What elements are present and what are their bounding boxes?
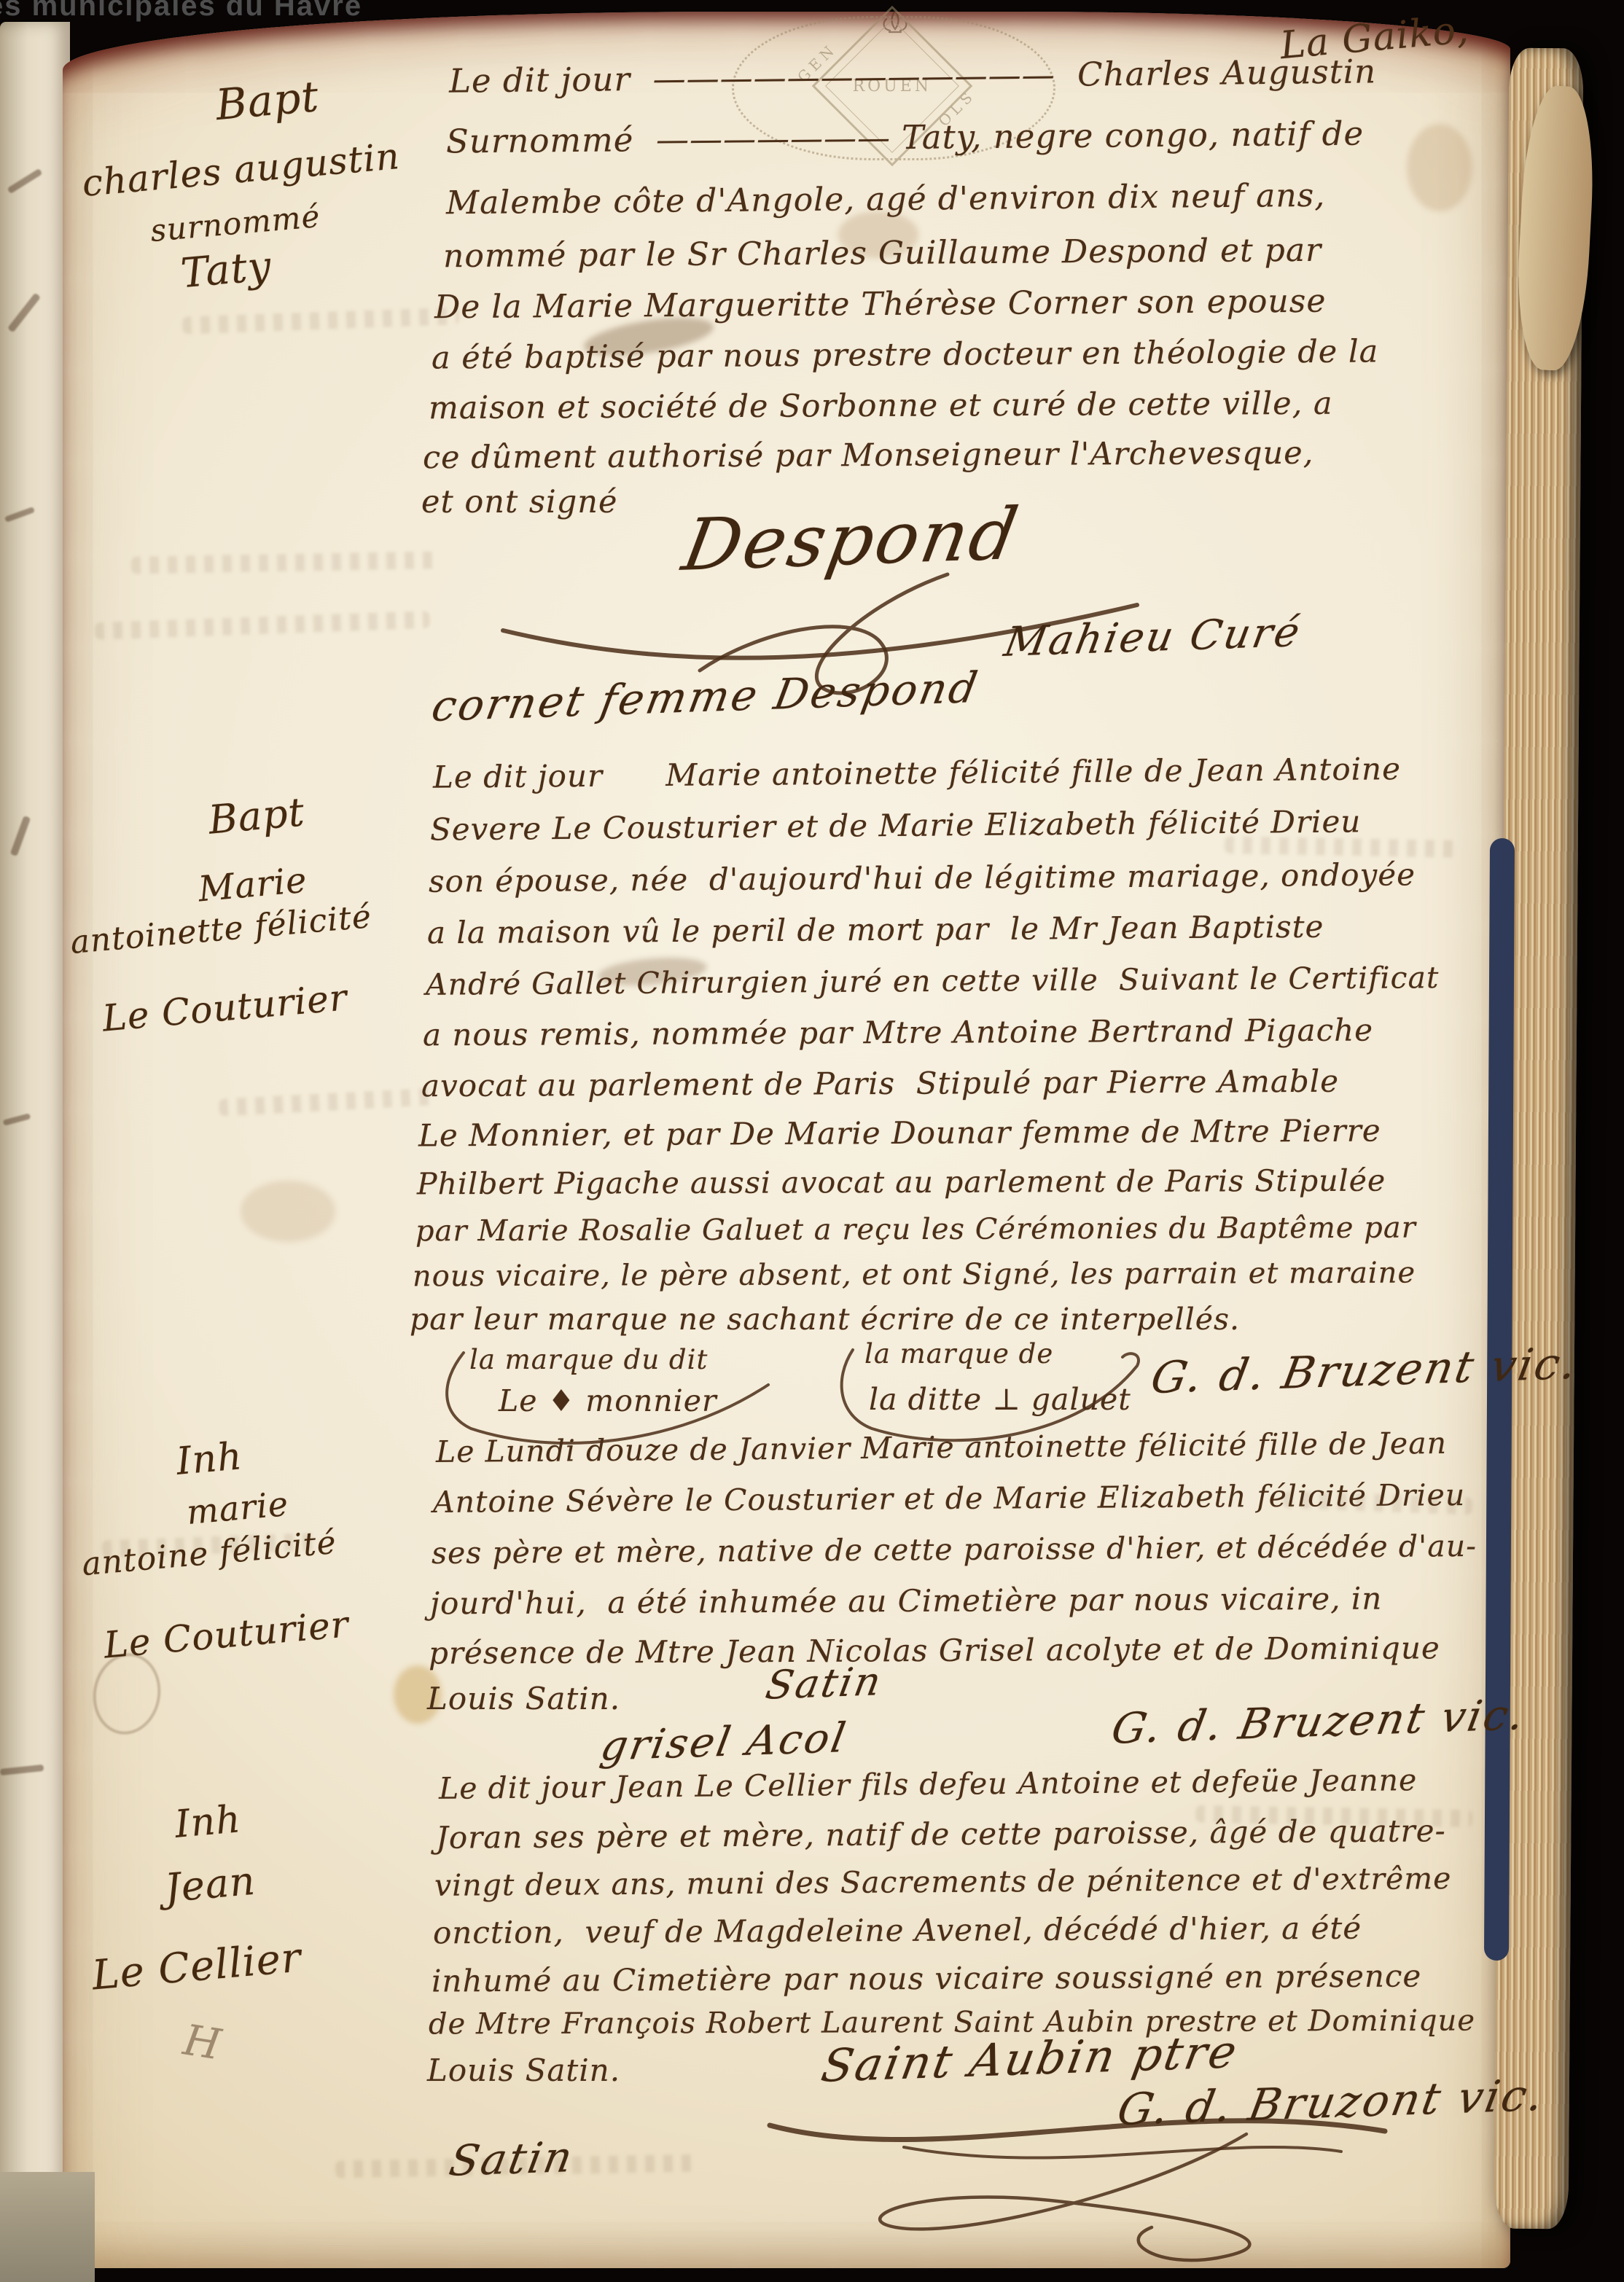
register-line: Louis Satin. [427,1681,620,1716]
margin-note: Inh [173,1797,243,1847]
register-line: ce dûment authorisé par Monseigneur l'Ar… [423,435,1314,476]
signature-satin: Satin [445,2132,578,2186]
margin-note: Bapt [214,71,321,130]
margin-note: Taty [179,243,273,298]
margin-note: Inh [175,1434,244,1484]
register-line: Le Monnier, et par De Marie Dounar femme… [418,1113,1381,1154]
register-line: par Marie Rosalie Galuet a reçu les Céré… [415,1211,1416,1249]
register-line: De la Marie Margueritte Thérèse Corner s… [434,283,1327,327]
register-line: vingt deux ans, muni des Sacrements de p… [434,1861,1452,1903]
register-line: Antoine Sévère le Cousturier et de Marie… [433,1477,1466,1520]
register-line: Surnommé ——————— Taty, negre congo, nati… [446,114,1365,161]
signature-satin: Satin [762,1658,886,1708]
stain [1407,124,1472,211]
register-line: a la maison vû le peril de mort par le M… [427,909,1324,951]
register-line: nommé par le Sr Charles Guillaume Despon… [443,232,1322,275]
register-line: et ont signé [421,484,617,520]
scanned-parish-register-photo: es municipales du Havre ROUEN GEN OLS Ba… [0,0,1624,2282]
archive-watermark: es municipales du Havre [0,0,362,23]
register-line: Louis Satin. [427,2052,620,2088]
margin-note: Jean [163,1858,257,1912]
table-surface [0,2172,95,2282]
register-line: nous vicaire, le père absent, et ont Sig… [413,1257,1416,1294]
register-line: a été baptisé par nous prestre docteur e… [432,333,1379,376]
register-line: jourd'hui, a été inhumée au Cimetière pa… [430,1581,1383,1622]
register-line: maison et société de Sorbonne et curé de… [429,386,1333,426]
register-line: Philbert Pigache aussi avocat au parleme… [417,1163,1386,1202]
register-line: ses père et mère, native de cette parois… [432,1528,1477,1571]
register-line: onction, veuf de Magdeleine Avenel, décé… [433,1910,1362,1951]
register-line: son épouse, née d'aujourd'hui de légitim… [429,856,1416,899]
register-line: Malembe côte d'Angole, agé d'environ dix… [446,177,1326,222]
register-line: a nous remis, nommée par Mtre Antoine Be… [423,1012,1373,1053]
facing-page-sliver [0,22,70,2238]
register-line: avocat au parlement de Paris Stipulé par… [421,1063,1339,1104]
register-line: présence de Mtre Jean Nicolas Grisel aco… [429,1630,1440,1671]
margin-note: Bapt [207,789,307,843]
register-line: André Gallet Chirurgien juré en cette vi… [426,960,1440,1002]
register-line: Joran ses père et mère, natif de cette p… [436,1813,1446,1856]
signature-flourish [838,2125,1421,2264]
register-line: par leur marque ne sachant écrire de ce … [410,1302,1240,1337]
stain [241,1181,335,1242]
signature-grisel-acolyte: grisel Acol [597,1714,851,1770]
register-line: inhumé au Cimetière par nous vicaire sou… [432,1958,1422,1998]
margin-mark: H [180,2015,225,2069]
